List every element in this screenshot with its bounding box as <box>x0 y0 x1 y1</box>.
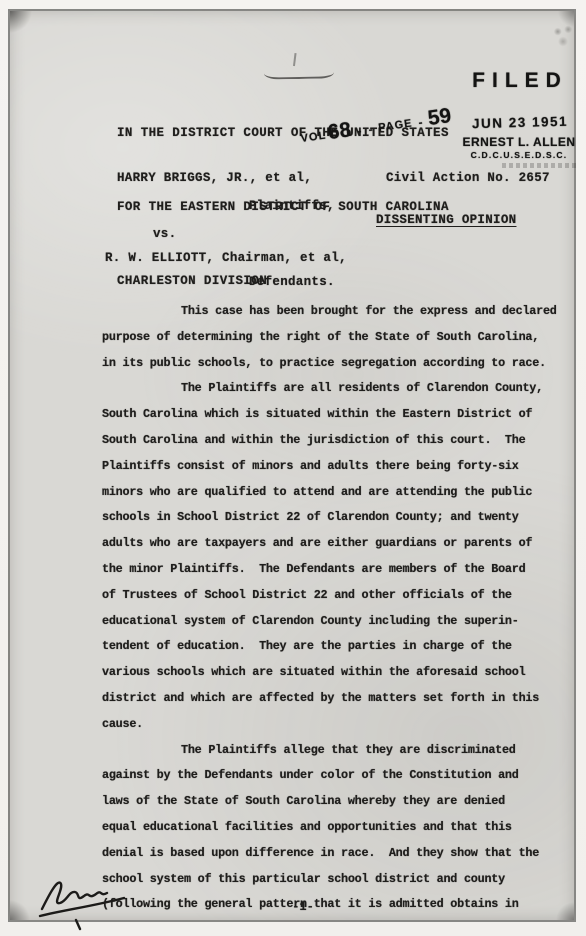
paper-page: IN THE DISTRICT COURT OF THE UNITED STAT… <box>8 9 576 922</box>
body-line: South Carolina which is situated within … <box>102 402 564 428</box>
filed-date-stamp: JUN 23 1951 <box>462 113 578 131</box>
body-line: The Plaintiffs allege that they are disc… <box>102 738 564 764</box>
page-value: 59 <box>427 106 453 129</box>
body-line: minors who are qualified to attend and a… <box>102 480 564 506</box>
smudge-mark <box>550 25 576 47</box>
body-line: district and which are affected by the m… <box>102 686 564 712</box>
body-line: various schools which are situated withi… <box>102 660 564 686</box>
body-line: in its public schools, to practice segre… <box>102 351 564 377</box>
defendants-label: Defendants. <box>249 275 335 289</box>
case-number: Civil Action No. 2657 <box>386 171 550 185</box>
body-line: adults who are taxpayers and are either … <box>102 531 564 557</box>
signature-initials <box>36 867 136 936</box>
body-line: denial is based upon difference in race.… <box>102 841 564 867</box>
vol-dashes: - - <box>352 122 377 140</box>
erased-text-mark <box>502 163 576 168</box>
filed-stamp: FILED <box>462 69 578 93</box>
body-line: South Carolina and within the jurisdicti… <box>102 428 564 454</box>
opinion-body: This case has been brought for the expre… <box>102 299 564 918</box>
body-line: The Plaintiffs are all residents of Clar… <box>102 376 564 402</box>
body-line: schools in School District 22 of Clarend… <box>102 505 564 531</box>
versus-label: vs. <box>153 227 176 241</box>
body-line: school system of this particular school … <box>102 867 564 893</box>
body-line: laws of the State of South Carolina wher… <box>102 789 564 815</box>
body-line: educational system of Clarendon County i… <box>102 609 564 635</box>
body-line: equal educational facilities and opportu… <box>102 815 564 841</box>
document-scan: IN THE DISTRICT COURT OF THE UNITED STAT… <box>0 0 586 936</box>
plaintiffs-label: Plaintiffs, <box>249 199 335 213</box>
body-line: tendent of education. They are the parti… <box>102 634 564 660</box>
body-line: cause. <box>102 712 564 738</box>
page-dash: - <box>413 115 427 132</box>
opinion-title: DISSENTING OPINION <box>376 213 516 227</box>
vol-value: 68 <box>327 120 353 143</box>
defendant-name: R. W. ELLIOTT, Chairman, et al, <box>105 251 347 265</box>
body-line: purpose of determining the right of the … <box>102 325 564 351</box>
clerk-title-stamp: C.D.C.U.S.E.D.S.C. <box>448 150 586 160</box>
body-line: against by the Defendants under color of… <box>102 763 564 789</box>
plaintiff-name: HARRY BRIGGS, JR., et al, <box>117 171 312 185</box>
body-line: of Trustees of School District 22 and ot… <box>102 583 564 609</box>
clerk-name-stamp: ERNEST L. ALLEN <box>448 135 586 149</box>
body-line: Plaintiffs consist of minors and adults … <box>102 454 564 480</box>
body-line: This case has been brought for the expre… <box>102 299 564 325</box>
body-line: the minor Plaintiffs. The Defendants are… <box>102 557 564 583</box>
